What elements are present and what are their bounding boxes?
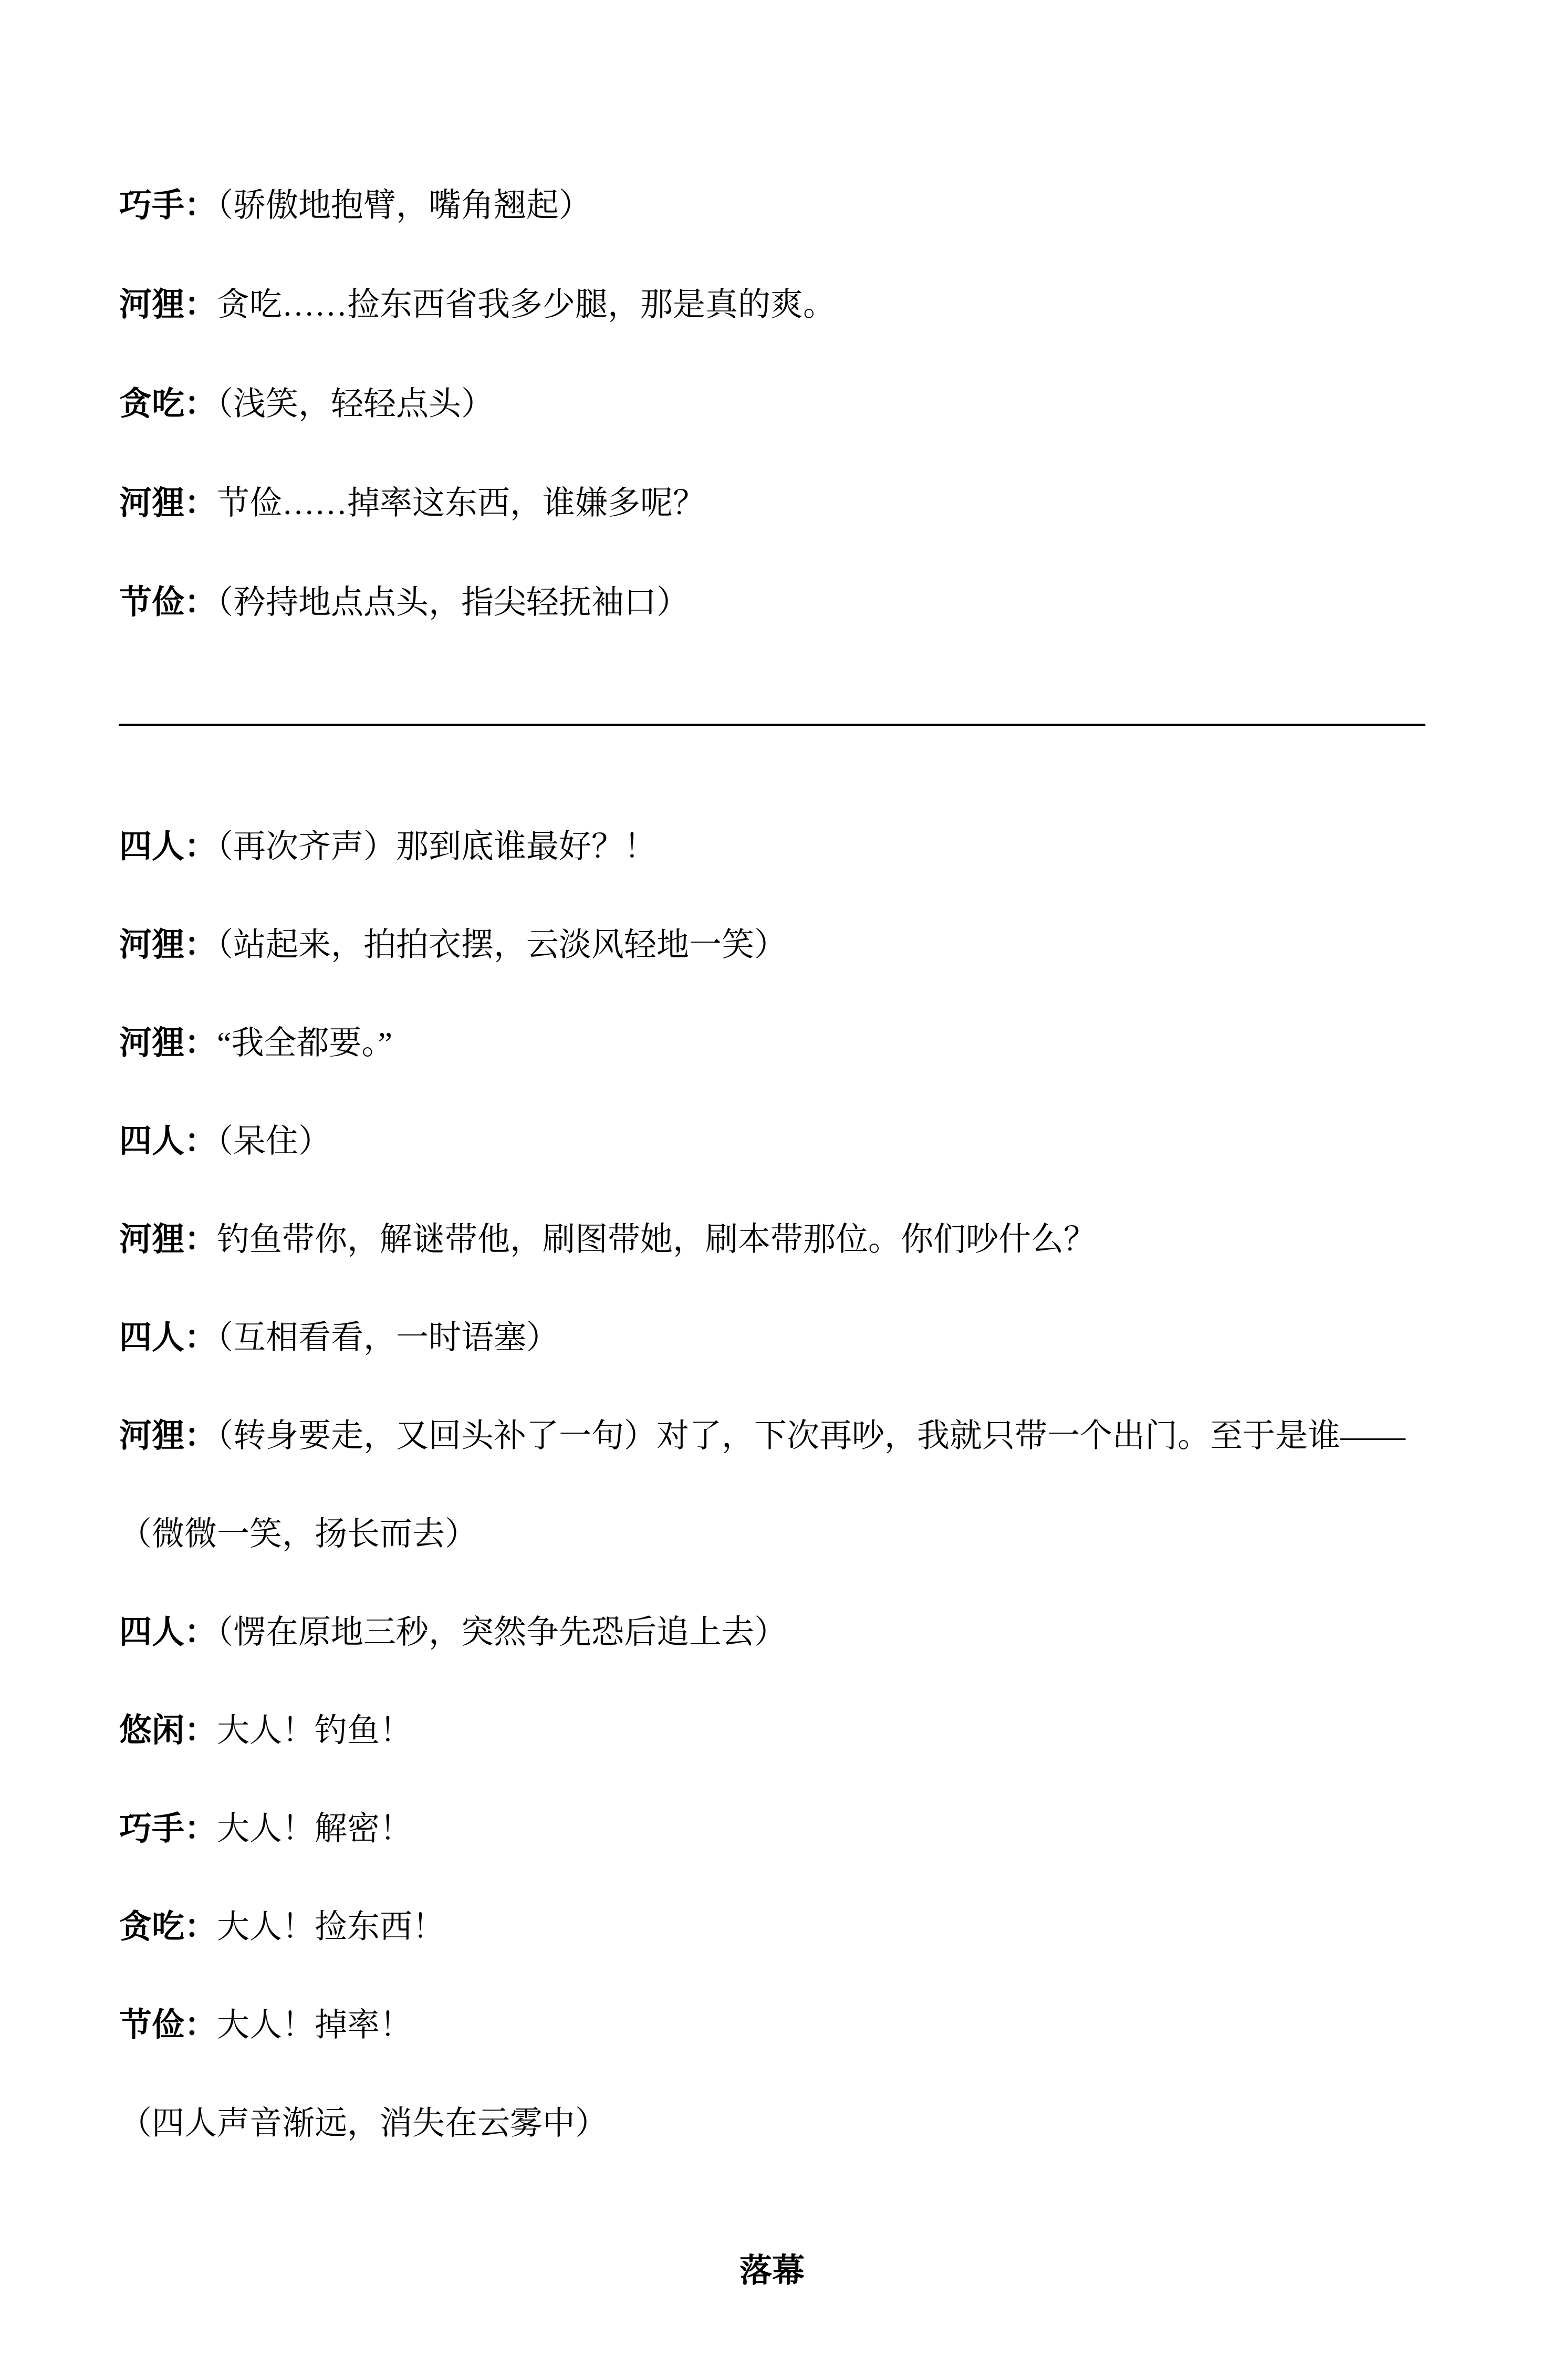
dialogue-line: 四人：（再次齐声）那到底谁最好？！ xyxy=(119,826,1432,868)
speaker-name: 河狸： xyxy=(119,486,217,521)
dialogue-line: 四人：（呆住） xyxy=(119,1121,1432,1163)
dialogue-line: 悠闲：大人！钓鱼！ xyxy=(119,1710,1432,1752)
speaker-name: 贪吃： xyxy=(119,387,217,422)
dialogue-text: （愣在原地三秒，突然争先恐后追上去） xyxy=(217,1615,787,1651)
speaker-name: 河狸： xyxy=(119,1418,217,1454)
dialogue-line: 节俭：（矜持地点点头，指尖轻抚袖口） xyxy=(119,582,1432,624)
dialogue-text: 节俭……掉率这东西，谁嫌多呢？ xyxy=(217,486,705,521)
section-divider xyxy=(119,724,1425,726)
dialogue-line: 四人：（愣在原地三秒，突然争先恐后追上去） xyxy=(119,1612,1432,1654)
dialogue-text: （互相看看，一时语塞） xyxy=(217,1320,559,1356)
speaker-name: 河狸： xyxy=(119,287,217,323)
dialogue-text: 大人！掉率！ xyxy=(217,2008,412,2043)
speaker-name: 贪吃： xyxy=(119,1909,217,1945)
dialogue-line: 河狸：（站起来，拍拍衣摆，云淡风轻地一笑） xyxy=(119,924,1432,966)
dialogue-line: 贪吃：（浅笑，轻轻点头） xyxy=(119,383,1432,425)
speaker-name: 四人： xyxy=(119,1320,217,1356)
speaker-name: 节俭： xyxy=(119,2008,217,2043)
speaker-name: 悠闲： xyxy=(119,1713,217,1749)
dialogue-line: 节俭：大人！掉率！ xyxy=(119,2005,1432,2047)
dialogue-line: 河狸：节俭……掉率这东西，谁嫌多呢？ xyxy=(119,483,1432,525)
speaker-name: 巧手： xyxy=(119,1811,217,1847)
dialogue-line: 贪吃：大人！捡东西！ xyxy=(119,1906,1432,1948)
dialogue-text: （微微一笑，扬长而去） xyxy=(119,1517,477,1552)
speaker-name: 四人： xyxy=(119,1615,217,1651)
curtain-heading: 落幕 xyxy=(0,2250,1544,2292)
dialogue-text: “我全都要。” xyxy=(217,1026,392,1061)
dialogue-text: （再次齐声）那到底谁最好？！ xyxy=(217,829,657,865)
dialogue-line: 巧手：（骄傲地抱臂，嘴角翘起） xyxy=(119,185,1432,227)
dialogue-text: （矜持地点点头，指尖轻抚袖口） xyxy=(217,585,689,621)
speaker-name: 节俭： xyxy=(119,585,217,621)
dialogue-text: 大人！捡东西！ xyxy=(217,1909,445,1945)
dialogue-text: 贪吃……捡东西省我多少腿，那是真的爽。 xyxy=(217,287,836,323)
speaker-name: 巧手： xyxy=(119,188,217,224)
speaker-name: 河狸： xyxy=(119,1222,217,1258)
dialogue-text: （转身要走，又回头补了一句）对了，下次再吵，我就只带一个出门。至于是谁—— xyxy=(217,1418,1405,1454)
speaker-name: 河狸： xyxy=(119,1026,217,1061)
dialogue-line: 巧手：大人！解密！ xyxy=(119,1808,1432,1850)
dialogue-text: （呆住） xyxy=(217,1124,331,1160)
speaker-name: 四人： xyxy=(119,829,217,865)
dialogue-line: 河狸：（转身要走，又回头补了一句）对了，下次再吵，我就只带一个出门。至于是谁—— xyxy=(119,1415,1432,1457)
dialogue-text: （骄傲地抱臂，嘴角翘起） xyxy=(217,188,591,224)
stage-direction: （微微一笑，扬长而去） xyxy=(119,1513,1432,1556)
dialogue-text: 大人！解密！ xyxy=(217,1811,412,1847)
dialogue-line: 河狸：钓鱼带你，解谜带他，刷图带她，刷本带那位。你们吵什么？ xyxy=(119,1219,1432,1261)
dialogue-line: 河狸：“我全都要。” xyxy=(119,1022,1432,1064)
dialogue-line: 河狸：贪吃……捡东西省我多少腿，那是真的爽。 xyxy=(119,284,1432,326)
speaker-name: 四人： xyxy=(119,1124,217,1160)
dialogue-line: 四人：（互相看看，一时语塞） xyxy=(119,1317,1432,1359)
dialogue-text: 大人！钓鱼！ xyxy=(217,1713,412,1749)
speaker-name: 河狸： xyxy=(119,927,217,963)
dialogue-text: （四人声音渐远，消失在云雾中） xyxy=(119,2106,608,2142)
dialogue-text: 钓鱼带你，解谜带他，刷图带她，刷本带那位。你们吵什么？ xyxy=(217,1222,1096,1258)
dialogue-text: （浅笑，轻轻点头） xyxy=(217,387,494,422)
dialogue-text: （站起来，拍拍衣摆，云淡风轻地一笑） xyxy=(217,927,787,963)
stage-direction: （四人声音渐远，消失在云雾中） xyxy=(119,2103,1432,2145)
